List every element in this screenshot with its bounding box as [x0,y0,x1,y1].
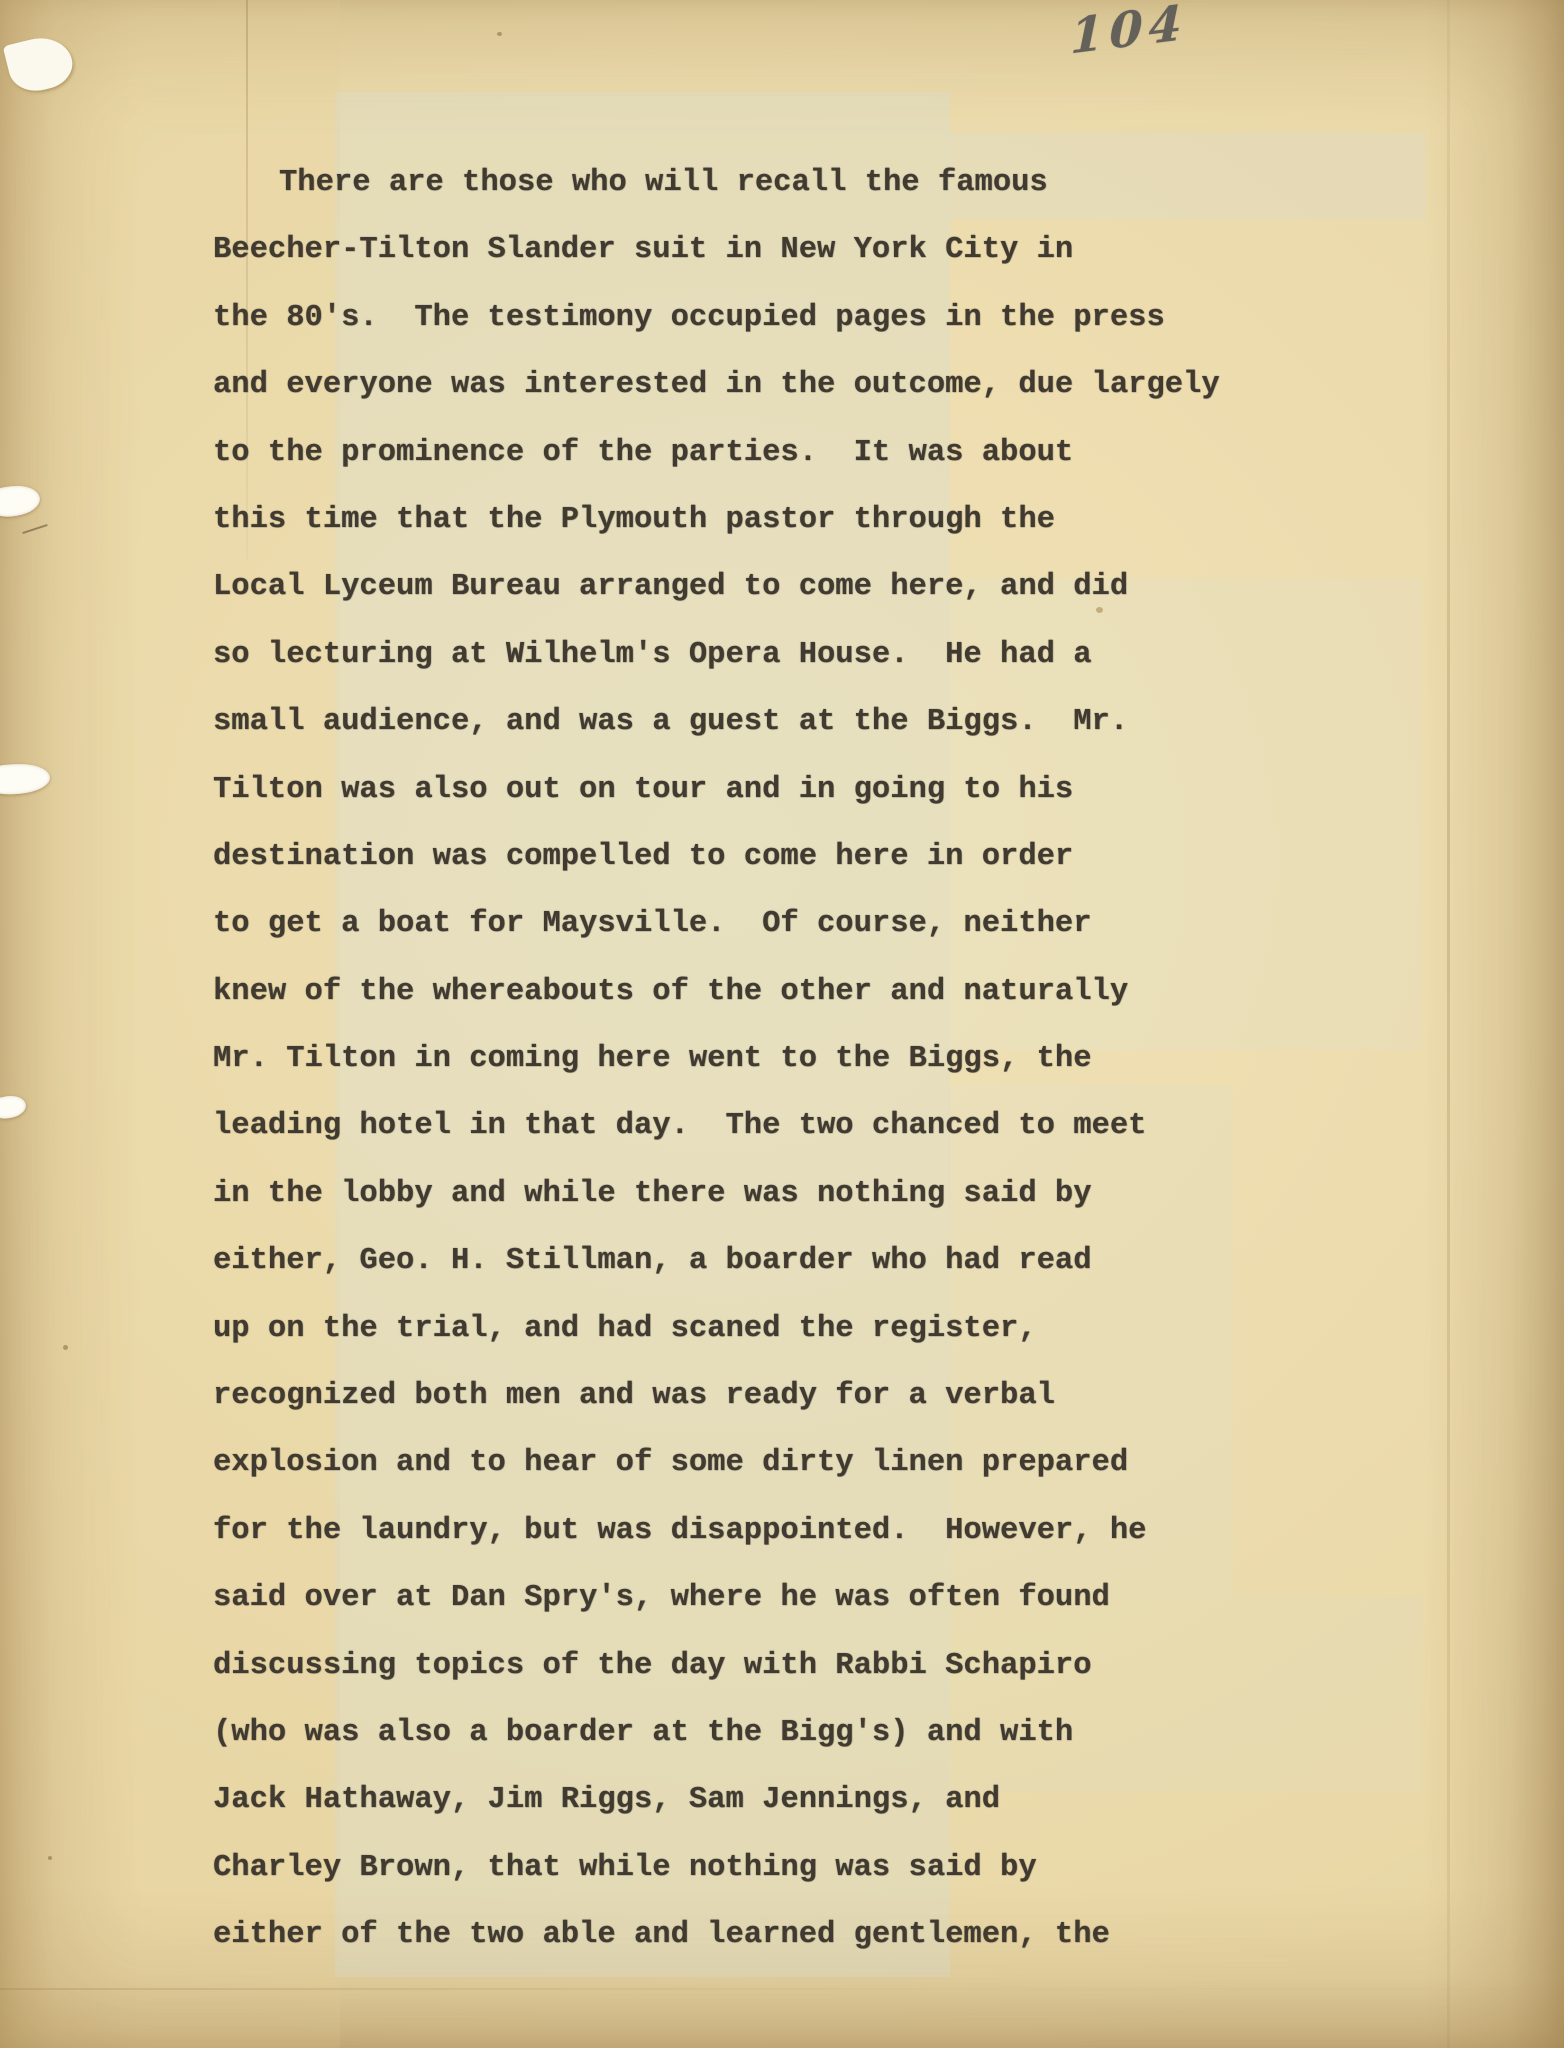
text-line: knew of the whereabouts of the other and… [213,959,1303,1026]
text-line: recognized both men and was ready for a … [213,1363,1303,1430]
torn-corner [3,31,78,97]
text-line: leading hotel in that day. The two chanc… [213,1093,1303,1160]
text-line: this time that the Plymouth pastor throu… [213,487,1303,554]
text-line: There are those who will recall the famo… [213,150,1303,217]
handwritten-page-number: 104 [1070,0,1188,65]
text-line: said over at Dan Spry's, where he was of… [213,1565,1303,1632]
text-line: Tilton was also out on tour and in going… [213,757,1303,824]
text-line: so lecturing at Wilhelm's Opera House. H… [213,622,1303,689]
text-line: explosion and to hear of some dirty line… [213,1430,1303,1497]
text-line: Mr. Tilton in coming here went to the Bi… [213,1026,1303,1093]
paper-crease [1447,0,1450,2048]
text-line: (who was also a boarder at the Bigg's) a… [213,1700,1303,1767]
text-line: discussing topics of the day with Rabbi … [213,1633,1303,1700]
text-line: destination was compelled to come here i… [213,824,1303,891]
text-line: and everyone was interested in the outco… [213,352,1303,419]
text-line: Beecher-Tilton Slander suit in New York … [213,217,1303,284]
text-line: either, Geo. H. Stillman, a boarder who … [213,1228,1303,1295]
punch-hole [0,1093,28,1121]
paper-crease [0,1988,1564,1990]
text-line: Jack Hathaway, Jim Riggs, Sam Jennings, … [213,1767,1303,1834]
text-line: small audience, and was a guest at the B… [213,689,1303,756]
text-line: for the laundry, but was disappointed. H… [213,1498,1303,1565]
paper-speck [63,1345,68,1350]
text-line: to get a boat for Maysville. Of course, … [213,891,1303,958]
text-line: to the prominence of the parties. It was… [213,420,1303,487]
text-line: Charley Brown, that while nothing was sa… [213,1835,1303,1902]
text-line: up on the trial, and had scaned the regi… [213,1296,1303,1363]
punch-hole [0,483,42,520]
typed-text-block: There are those who will recall the famo… [213,150,1303,1970]
punch-hole [0,762,51,797]
text-line: in the lobby and while there was nothing… [213,1161,1303,1228]
text-line: either of the two able and learned gentl… [213,1902,1303,1969]
paper-tear [22,524,47,534]
paper-page: 104 There are those who will recall the … [0,0,1564,2048]
paper-speck [497,32,502,36]
text-line: Local Lyceum Bureau arranged to come her… [213,554,1303,621]
paper-speck [48,1856,52,1860]
text-line: the 80's. The testimony occupied pages i… [213,285,1303,352]
